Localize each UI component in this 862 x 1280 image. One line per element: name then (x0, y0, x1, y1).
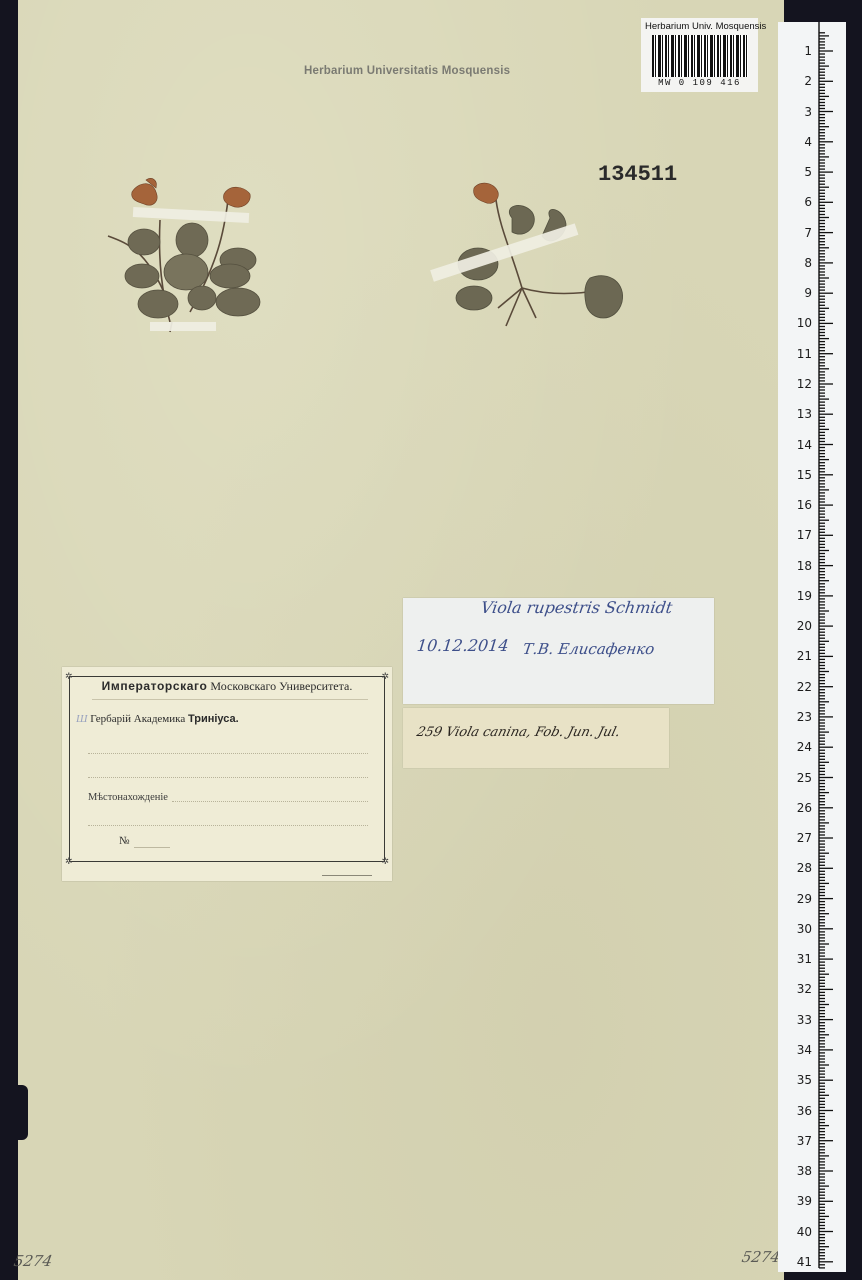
ruler-label: 24 (797, 741, 812, 753)
number-label: № (119, 835, 130, 847)
ruler-label: 19 (797, 590, 812, 602)
ruler-label: 4 (804, 136, 812, 148)
ruler-label: 9 (804, 287, 812, 299)
ruler-label: 30 (797, 923, 812, 935)
ruler-ticks-icon (778, 22, 846, 1272)
sheet-tear (18, 1085, 28, 1140)
handwritten-mark: Ш (76, 713, 87, 725)
ruler-label: 6 (804, 196, 812, 208)
determination-date: 10.12.2014 (416, 636, 510, 655)
barcode-title: Herbarium Univ. Mosquensis (645, 21, 754, 32)
herbarium-name-line: Ш Гербарій Академика Триніуса. (76, 713, 239, 725)
ruler-label: 29 (797, 893, 812, 905)
ruler-label: 35 (797, 1074, 812, 1086)
ruler-label: 20 (797, 620, 812, 632)
herbarium-stamp: Herbarium Universitatis Mosquensis (304, 65, 510, 78)
pencil-number-left: 5274 (12, 1252, 53, 1270)
underline (322, 875, 372, 876)
barcode-label: Herbarium Univ. Mosquensis MW 0 109 416 (641, 18, 758, 92)
ruler-label: 31 (797, 953, 812, 965)
ruler-label: 25 (797, 772, 812, 784)
blank-line (88, 777, 368, 778)
ruler-label: 16 (797, 499, 812, 511)
ruler-label: 11 (797, 348, 812, 360)
original-collector-label: 259 Viola canina, Fob. Jun. Jul. (403, 708, 669, 768)
label-frame (69, 676, 385, 862)
ruler-label: 3 (804, 106, 812, 118)
herbarium-owner: Триніуса. (188, 713, 239, 725)
ruler-label: 38 (797, 1165, 812, 1177)
barcode-icon (652, 35, 748, 77)
ruler-label: 18 (797, 560, 812, 572)
ruler-label: 41 (797, 1256, 812, 1268)
blank-line (88, 825, 368, 826)
ruler-label: 15 (797, 469, 812, 481)
determiner-name: Т.В. Елисафенко (522, 640, 656, 658)
label-title-rest: Московскаго Университета. (210, 679, 352, 693)
ruler-label: 12 (797, 378, 812, 390)
specimen-left (100, 172, 270, 342)
corner-ornament-icon: ✲ (381, 857, 389, 866)
specimen-right (440, 178, 630, 333)
ruler-label: 14 (797, 439, 812, 451)
blank-line (172, 801, 368, 802)
ruler-label: 27 (797, 832, 812, 844)
ruler-label: 10 (797, 317, 812, 329)
label-title-bold: Императорскаго (102, 679, 208, 693)
herbarium-printed-label: ✲ ✲ ✲ ✲ Императорскаго Московскаго Униве… (62, 667, 392, 881)
ruler-label: 21 (797, 650, 812, 662)
ruler-label: 28 (797, 862, 812, 874)
herbarium-name: Гербарій Академика (90, 713, 185, 725)
barcode-number: MW 0 109 416 (645, 78, 754, 88)
ruler-label: 34 (797, 1044, 812, 1056)
ruler-label: 7 (804, 227, 812, 239)
ruler-label: 2 (804, 75, 812, 87)
ruler-label: 32 (797, 983, 812, 995)
tape-strip (150, 322, 216, 331)
blank-line (88, 753, 368, 754)
ruler-label: 37 (797, 1135, 812, 1147)
locality-label: Мѣстонахожденіе (88, 792, 168, 803)
label-title: Императорскаго Московскаго Университета. (62, 679, 392, 694)
ruler-label: 39 (797, 1195, 812, 1207)
ruler-label: 26 (797, 802, 812, 814)
ruler-label: 8 (804, 257, 812, 269)
pencil-number-right: 5274 (740, 1248, 781, 1266)
corner-ornament-icon: ✲ (65, 857, 73, 866)
ruler-label: 13 (797, 408, 812, 420)
ruler-label: 23 (797, 711, 812, 723)
ruler-label: 1 (804, 45, 812, 57)
number-blank (134, 847, 170, 848)
ruler-label: 40 (797, 1226, 812, 1238)
determination-label: Viola rupestris Schmidt 10.12.2014 Т.В. … (403, 598, 714, 704)
ruler-label: 22 (797, 681, 812, 693)
ruler-label: 5 (804, 166, 812, 178)
scale-ruler: 1234567891011121314151617181920212223242… (778, 22, 846, 1272)
taxon-name: Viola rupestris Schmidt (480, 598, 674, 617)
ruler-label: 33 (797, 1014, 812, 1026)
ruler-label: 17 (797, 529, 812, 541)
ruler-label: 36 (797, 1105, 812, 1117)
original-label-text: 259 Viola canina, Fob. Jun. Jul. (415, 725, 622, 740)
divider (92, 699, 368, 700)
